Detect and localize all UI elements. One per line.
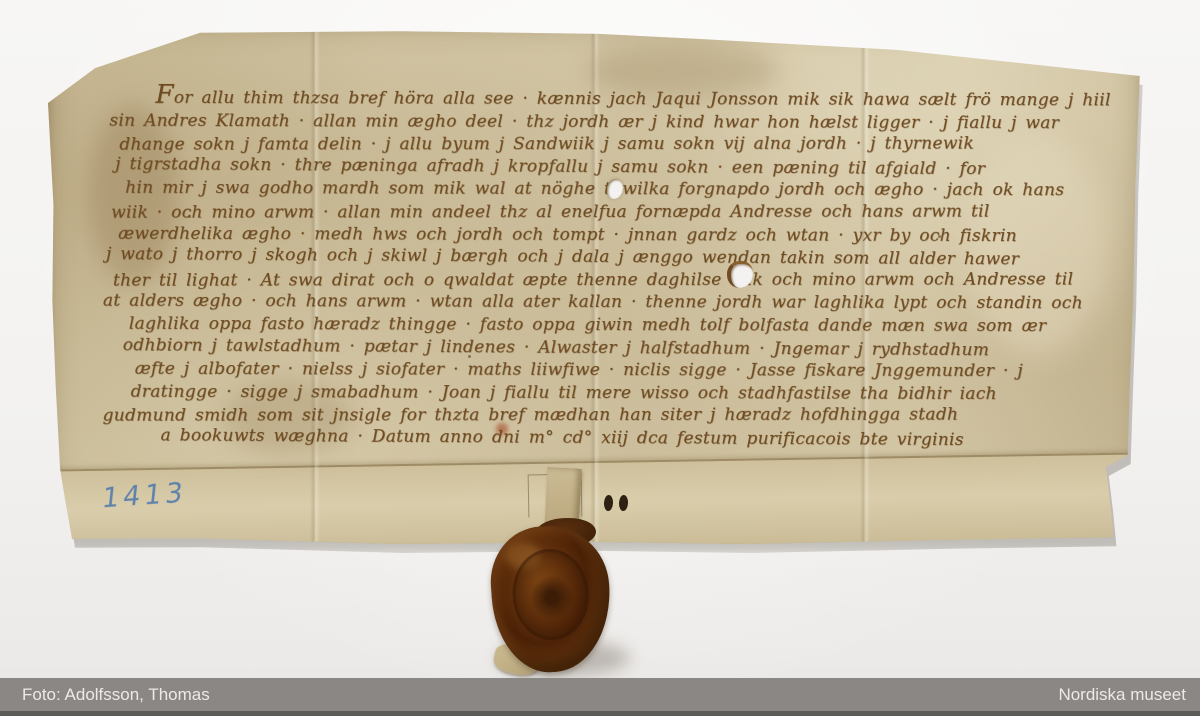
manuscript-line: ther til lighat · At swa dirat och o qwa… [103,268,1125,292]
manuscript-line: dhange sokn j famta delin · j allu byum … [103,133,1125,157]
manuscript-line: wiik · och mino arwm · allan min andeel … [103,200,1125,224]
photo-credit: Foto: Adolfsson, Thomas [22,685,210,705]
manuscript-line: æfte j albofater · nielss j siofater · m… [103,358,1125,383]
archival-number: 1413 [100,477,188,514]
caption-bar: Foto: Adolfsson, Thomas Nordiska museet [0,678,1200,716]
manuscript-line: j wato j thorro j skogh och j skiwl j bæ… [103,243,1125,271]
parchment-document: For allu thim thzsa bref höra alla see ·… [48,25,1143,545]
manuscript-text: For allu thim thzsa bref höra alla see ·… [103,84,1126,457]
manuscript-line: a bookuwts wæghna · Datum anno dni m° cd… [103,424,1125,452]
manuscript-line: sin Andres Klamath · allan min ægho deel… [103,109,1125,134]
manuscript-line: For allu thim thzsa bref höra alla see ·… [103,84,1125,112]
photo-stage: For allu thim thzsa bref höra alla see ·… [0,0,1200,716]
manuscript-line: dratingge · sigge j smabadhum · Joan j f… [103,380,1125,405]
museum-name: Nordiska museet [1058,685,1186,705]
manuscript-line: at alders ægho · och hans arwm · wtan al… [103,290,1125,315]
